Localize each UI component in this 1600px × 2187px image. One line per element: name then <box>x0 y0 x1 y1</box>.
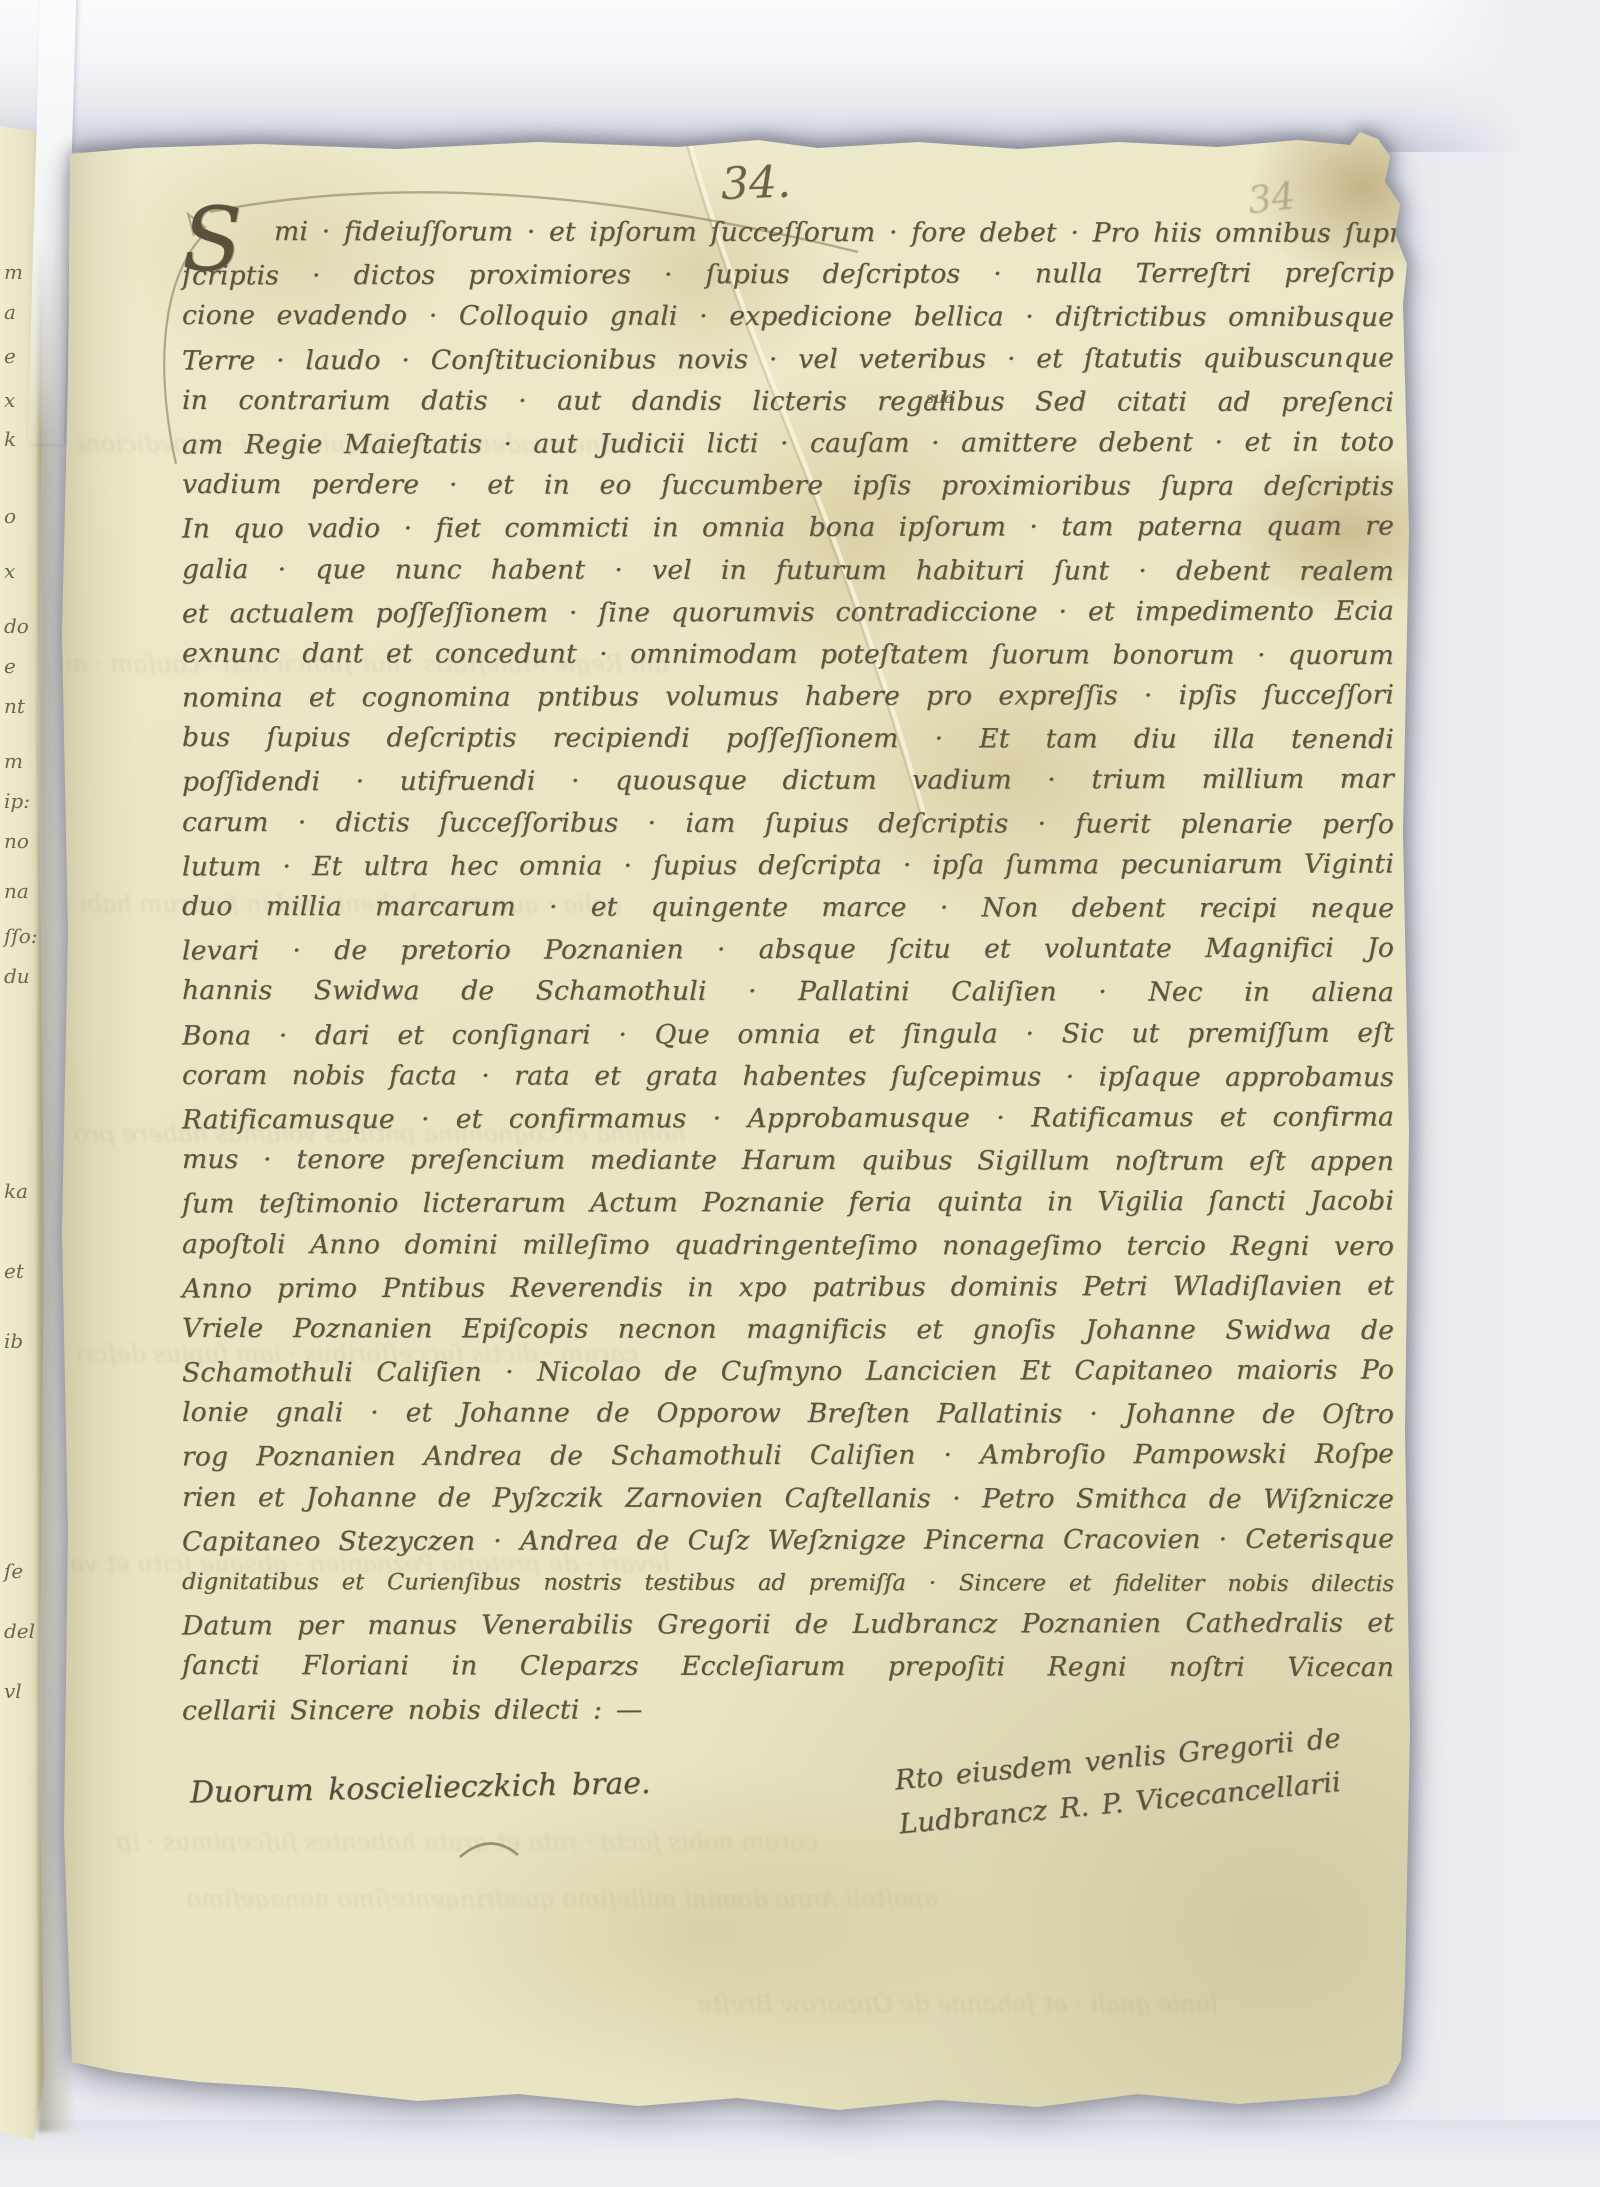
verso-letter-fragment: ſe <box>4 1561 23 1581</box>
text-line: bus ſupius deſcriptis recipiendi poſſeſſ… <box>182 717 1394 761</box>
text-line: am Regie Maieſtatis · aut Judicii licti … <box>182 421 1394 466</box>
text-line: nomina et cognomina pntibus volumus habe… <box>182 675 1394 720</box>
manuscript-leaf-wrap: cione evadendo · Colloquio gnali · exped… <box>58 132 1410 2130</box>
text-line: lonie gnali · et Johanne de Opporow Breſ… <box>182 1392 1394 1436</box>
verso-letter-fragment: nt <box>4 696 25 716</box>
scanner-backing-right <box>1400 0 1600 2187</box>
text-line: Anno primo Pntibus Reverendis in xpo pat… <box>182 1265 1394 1310</box>
manuscript-text-block: mi · fideiuſſorum · et ipſorum ſucceſſor… <box>182 212 1394 1731</box>
text-line: Capitaneo Stezyczen · Andrea de Cuſz Weſ… <box>182 1518 1394 1563</box>
text-line: Bona · dari et conſignari · Que omnia et… <box>182 1012 1394 1057</box>
text-line: mi · fideiuſſorum · et ipſorum ſucceſſor… <box>182 211 1394 255</box>
verso-letter-fragment: x <box>4 390 15 410</box>
closing-flourish <box>460 1843 518 1857</box>
verso-letter-fragment: x <box>4 561 15 581</box>
text-line: exnunc dant et concedunt · omnimodam pot… <box>182 633 1394 677</box>
text-line: duo millia marcarum · et quingente marce… <box>182 886 1394 930</box>
text-line: Datum per manus Venerabilis Gregorii de … <box>182 1603 1394 1648</box>
text-line: carum · dictis ſucceſſoribus · iam ſupiu… <box>182 802 1394 846</box>
text-line: lutum · Et ultra hec omnia · ſupius deſc… <box>182 843 1394 888</box>
verso-letter-fragment: m <box>4 262 23 282</box>
text-line: mus · tenore preſencium mediante Harum q… <box>182 1139 1394 1183</box>
verso-letter-fragment: e <box>4 656 16 676</box>
verso-letter-fragment: no <box>4 831 29 851</box>
text-line: cellarii Sincere nobis dilecti : — <box>182 1687 1394 1732</box>
text-line: in contrarium datis · aut dandis licteri… <box>182 380 1394 424</box>
text-line: Schamothuli Caliſien · Nicolao de Cuſmyn… <box>182 1350 1394 1395</box>
text-line: Ratificamusque · et confirmamus · Approb… <box>182 1096 1394 1141</box>
text-line: Vriele Poznanien Epiſcopis necnon magnif… <box>182 1308 1394 1352</box>
verso-letter-fragment: vl <box>4 1681 22 1701</box>
scanner-backing-bottom <box>0 2120 1600 2187</box>
text-line: cione evadendo · Colloquio gnali · exped… <box>182 295 1394 339</box>
text-line: dignitatibus et Curienſibus nostris test… <box>182 1561 1394 1605</box>
verso-letter-fragment: o <box>4 506 16 526</box>
text-line: rog Poznanien Andrea de Schamothuli Cali… <box>182 1434 1394 1479</box>
text-line: ſancti Floriani in Cleparzs Eccleſiarum … <box>182 1645 1394 1689</box>
text-line: apoſtoli Anno domini milleſimo quadringe… <box>182 1223 1394 1267</box>
verso-letter-fragment: k <box>4 429 16 449</box>
verso-letter-fragment: ſſo: <box>4 926 38 946</box>
text-line: poſſidendi · utifruendi · quousque dictu… <box>182 759 1394 804</box>
text-line: In quo vadio · fiet commicti in omnia bo… <box>182 506 1394 551</box>
scanner-backing-top <box>0 0 1600 152</box>
verso-letter-fragment: del <box>4 1621 35 1641</box>
verso-letter-fragment: m <box>4 751 23 771</box>
folio-number: 34. <box>655 159 856 210</box>
text-line: galia · que nunc habent · vel in futurum… <box>182 548 1394 592</box>
manuscript-scan: m a e x k o x do e nt m ip: no na ſſo: d… <box>0 0 1600 2187</box>
text-line: rien et Johanne de Pyſzczik Zarnovien Ca… <box>182 1477 1394 1521</box>
text-line: Terre · laudo · Conſtitucionibus novis ·… <box>182 337 1394 382</box>
verso-letter-fragment: et <box>4 1261 24 1281</box>
text-line: ſum teſtimonio licterarum Actum Poznanie… <box>182 1181 1394 1226</box>
text-line: coram nobis facta · rata et grata habent… <box>182 1055 1394 1099</box>
verso-letter-fragment: du <box>4 966 30 986</box>
verso-letter-fragment: a <box>4 302 16 322</box>
manuscript-leaf: cione evadendo · Colloquio gnali · exped… <box>58 132 1410 2130</box>
text-line: et actualem poſſeſſionem · ſine quorumvi… <box>182 590 1394 635</box>
verso-letter-fragment: ip: <box>4 791 30 811</box>
text-line: levari · de pretorio Poznanien · absque … <box>182 928 1394 973</box>
verso-letter-fragment: e <box>4 346 16 366</box>
verso-letter-fragment: do <box>4 616 29 636</box>
text-line: vadium perdere · et in eo ſuccumbere ipſ… <box>182 464 1394 508</box>
verso-letter-fragment: ka <box>4 1181 28 1201</box>
text-line: ſcriptis · dictos proximiores · ſupius d… <box>182 253 1394 298</box>
text-line: hannis Swidwa de Schamothuli · Pallatini… <box>182 970 1394 1014</box>
verso-letter-fragment: ib <box>4 1331 23 1351</box>
verso-letter-fragment: na <box>4 881 29 901</box>
